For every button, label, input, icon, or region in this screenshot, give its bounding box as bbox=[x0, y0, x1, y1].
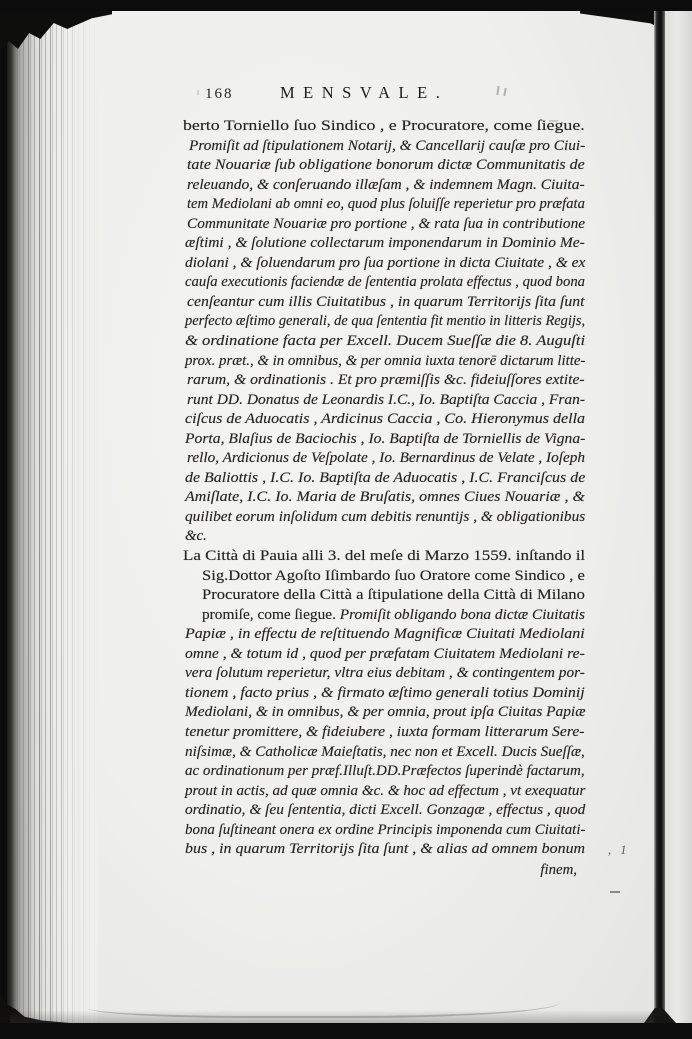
scan-speck bbox=[549, 120, 558, 122]
italic-text: rarum, & ordinationis . Et pro præmiſſis… bbox=[187, 372, 585, 388]
text-line: tem Mediolani ab omni eo, quod plus ſolu… bbox=[183, 195, 585, 215]
text-line: ac ordinationum per præf.Illuſt.DD.Præfe… bbox=[183, 762, 585, 782]
text-line: bus , in quarum Territorijs ſita ſunt , … bbox=[183, 840, 585, 860]
roman-text: berto Torniello ſuo Sindico , e Procurat… bbox=[183, 118, 585, 134]
text-line: diolani , & ſoluendarum pro ſua portione… bbox=[183, 254, 585, 274]
text-line: tionem , facto prius , & firmato æſtimo … bbox=[183, 684, 585, 704]
italic-text: quilibet eorum inſolidum cum debitis ren… bbox=[185, 509, 585, 525]
text-line: ordinatio, & ſeu ſententia, dicti Excell… bbox=[183, 801, 585, 821]
italic-text: &c. bbox=[185, 528, 207, 544]
italic-text: perfecto æſtimo generali, de qua ſentent… bbox=[185, 313, 585, 329]
text-line: perfecto æſtimo generali, de qua ſentent… bbox=[183, 312, 585, 332]
text-line: bona ſuſtineant onera ex ordine Principi… bbox=[183, 821, 585, 841]
right-margin-strip bbox=[665, 11, 692, 1023]
italic-text: cauſa executionis faciendæ de ſententia … bbox=[185, 274, 585, 290]
text-line: berto Torniello ſuo Sindico , e Procurat… bbox=[183, 117, 585, 137]
italic-text: tem Mediolani ab omni eo, quod plus ſolu… bbox=[187, 196, 585, 212]
top-scan-border bbox=[0, 0, 692, 11]
text-line: runt DD. Donatus de Leonardis I.C., Io. … bbox=[183, 391, 585, 411]
text-line: releuando, & conſeruando illæſam , & ind… bbox=[183, 176, 585, 196]
italic-text: bus , in quarum Territorijs ſita ſunt , … bbox=[185, 841, 585, 857]
text-line: tenetur promittere, & fideiubere , iuxta… bbox=[183, 723, 585, 743]
roman-text: Sig.Dottor Agoſto Iſimbardo ſuo Oratore … bbox=[202, 568, 585, 584]
italic-text: Mediolani, & in omnibus, & per omnia, pr… bbox=[185, 704, 585, 720]
running-title: MENSVALE. bbox=[280, 83, 448, 103]
roman-text: La Città di Pauia alli 3. del meſe di Ma… bbox=[183, 548, 585, 564]
text-line: Promiſit ad ſtipulationem Notarij, & Can… bbox=[183, 137, 585, 157]
italic-text: Communitate Nouariæ pro portione , & rat… bbox=[187, 216, 585, 232]
italic-text: tate Nouariæ ſub obligatione bonorum dic… bbox=[187, 157, 585, 173]
scan-speck bbox=[610, 891, 620, 893]
italic-text: prout in actis, ad quæ omnia &c. & hoc a… bbox=[185, 783, 585, 799]
italic-text: Papiæ , in effectu de reſtituendo Magnif… bbox=[185, 626, 585, 642]
bottom-scan-border bbox=[0, 1023, 692, 1039]
italic-text: cenſeantur cum illis Ciuitatibus , in qu… bbox=[187, 294, 584, 310]
text-line: cenſeantur cum illis Ciuitatibus , in qu… bbox=[183, 293, 585, 313]
text-line: cauſa executionis faciendæ de ſententia … bbox=[183, 273, 585, 293]
text-line: Sig.Dottor Agoſto Iſimbardo ſuo Oratore … bbox=[183, 567, 585, 587]
text-line: Procuratore della Città a ſtipulatione d… bbox=[183, 586, 585, 606]
text-line: Amiſlate, I.C. Io. Maria de Bruſatis, om… bbox=[183, 488, 585, 508]
text-line: &c. bbox=[183, 527, 585, 547]
page-edges-fade bbox=[6, 11, 98, 1023]
text-line: prout in actis, ad quæ omnia &c. & hoc a… bbox=[183, 782, 585, 802]
roman-text: Procuratore della Città a ſtipulatione d… bbox=[202, 587, 585, 603]
italic-text: tionem , facto prius , & firmato æſtimo … bbox=[185, 685, 585, 701]
text-line: Mediolani, & in omnibus, & per omnia, pr… bbox=[183, 703, 585, 723]
text-line: omne , & totum id , quod per præfatam Ci… bbox=[183, 645, 585, 665]
italic-text: niſsimæ, & Catholicæ Maieſtatis, nec non… bbox=[185, 744, 585, 760]
text-line: vera ſolutum reperietur, vltra eius debi… bbox=[183, 664, 585, 684]
text-line: ciſcus de Aduocatis , Ardicinus Caccia ,… bbox=[183, 410, 585, 430]
text-line: La Città di Pauia alli 3. del meſe di Ma… bbox=[183, 547, 585, 567]
page-number: 168 bbox=[205, 86, 234, 103]
text-line: rello, Ardicionus de Veſpolate , Io. Ber… bbox=[183, 449, 585, 469]
italic-text: ac ordinationum per præf.Illuſt.DD.Præfe… bbox=[185, 763, 585, 779]
catchword: finem, bbox=[183, 860, 585, 880]
text-line: Porta, Blaſius de Baciochis , Io. Baptiſ… bbox=[183, 430, 585, 450]
italic-text: prox. præt., & in omnibus, & per omnia i… bbox=[185, 353, 585, 369]
margin-mark: , 1 bbox=[608, 843, 630, 858]
italic-text: ciſcus de Aduocatis , Ardicinus Caccia ,… bbox=[185, 411, 585, 427]
text-line: quilibet eorum inſolidum cum debitis ren… bbox=[183, 508, 585, 528]
text-line: & ordinatione facta per Excell. Ducem Su… bbox=[183, 332, 585, 352]
text-line: Papiæ , in effectu de reſtituendo Magnif… bbox=[183, 625, 585, 645]
italic-text: tenetur promittere, & fideiubere , iuxta… bbox=[185, 724, 585, 740]
roman-text: promiſe, come ſiegue. bbox=[202, 607, 340, 623]
italic-text: de Baliottis , I.C. Io. Baptiſta de Aduo… bbox=[185, 470, 585, 486]
italic-text: & ordinatione facta per Excell. Ducem Su… bbox=[185, 333, 585, 349]
italic-text: diolani , & ſoluendarum pro ſua portione… bbox=[185, 255, 585, 271]
italic-text: vera ſolutum reperietur, vltra eius debi… bbox=[185, 665, 585, 681]
italic-text: Promiſit obligando bona dictæ Ciuitatis bbox=[340, 607, 585, 623]
italic-text: Amiſlate, I.C. Io. Maria de Bruſatis, om… bbox=[185, 489, 585, 505]
text-line: æſtimi , & ſolutione collectarum imponen… bbox=[183, 234, 585, 254]
italic-text: ordinatio, & ſeu ſententia, dicti Excell… bbox=[185, 802, 585, 818]
text-line: de Baliottis , I.C. Io. Baptiſta de Aduo… bbox=[183, 469, 585, 489]
text-line: rarum, & ordinationis . Et pro præmiſſis… bbox=[183, 371, 585, 391]
text-line: Communitate Nouariæ pro portione , & rat… bbox=[183, 215, 585, 235]
italic-text: Porta, Blaſius de Baciochis , Io. Baptiſ… bbox=[185, 431, 585, 447]
page-edge-line bbox=[654, 11, 665, 1023]
text-line: tate Nouariæ ſub obligatione bonorum dic… bbox=[183, 156, 585, 176]
left-scan-border bbox=[0, 0, 7, 1039]
text-line: niſsimæ, & Catholicæ Maieſtatis, nec non… bbox=[183, 743, 585, 763]
text-line: promiſe, come ſiegue. Promiſit obligando… bbox=[183, 606, 585, 626]
italic-text: releuando, & conſeruando illæſam , & ind… bbox=[187, 177, 585, 193]
scan-speck bbox=[197, 90, 199, 95]
book-scan: 168 MENSVALE. berto Torniello ſuo Sindic… bbox=[0, 0, 692, 1039]
text-block: berto Torniello ſuo Sindico , e Procurat… bbox=[183, 117, 585, 880]
italic-text: bona ſuſtineant onera ex ordine Principi… bbox=[185, 822, 585, 838]
italic-text: rello, Ardicionus de Veſpolate , Io. Ber… bbox=[187, 450, 585, 466]
italic-text: æſtimi , & ſolutione collectarum imponen… bbox=[185, 235, 585, 251]
italic-text: Promiſit ad ſtipulationem Notarij, & Can… bbox=[189, 138, 585, 154]
text-line: prox. præt., & in omnibus, & per omnia i… bbox=[183, 352, 585, 372]
italic-text: runt DD. Donatus de Leonardis I.C., Io. … bbox=[187, 392, 585, 408]
italic-text: omne , & totum id , quod per præfatam Ci… bbox=[185, 646, 585, 662]
